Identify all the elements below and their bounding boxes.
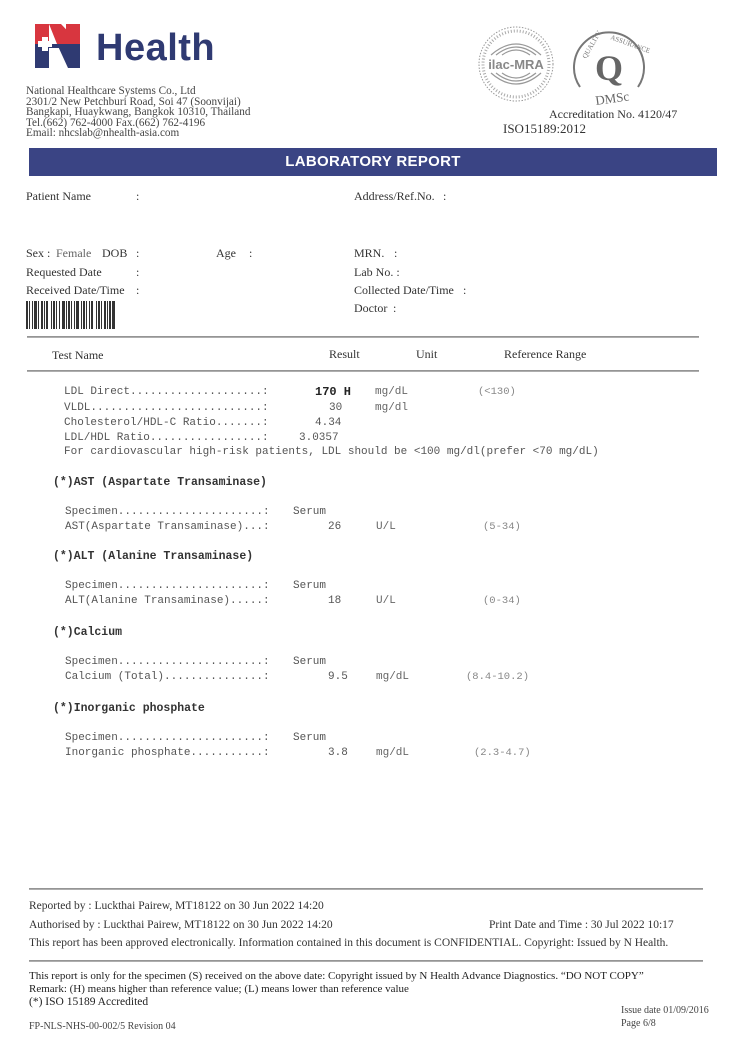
company-name: National Healthcare Systems Co., Ltd — [26, 86, 250, 97]
section-title: (*)Calcium — [53, 626, 122, 639]
iso-accredited-note: (*) ISO 15189 Accredited — [29, 996, 148, 1008]
accreditation-number: Accreditation No. 4120/47 — [549, 107, 677, 122]
doctor-label: Doctor — [354, 301, 387, 316]
dob-label: DOB — [102, 246, 127, 261]
test-result: 26 — [328, 521, 341, 534]
test-unit: U/L — [376, 595, 396, 607]
received-date-label: Received Date/Time — [26, 283, 125, 298]
test-name: Inorganic phosphate...........: — [65, 747, 270, 760]
test-name: ALT(Alanine Transaminase).....: — [65, 595, 270, 608]
section-title: (*)AST (Aspartate Transaminase) — [53, 476, 267, 489]
test-reference-range: (0-34) — [483, 595, 521, 607]
lipid-test-name: VLDL..........................: — [64, 402, 269, 415]
patient-name-label: Patient Name — [26, 189, 91, 204]
test-result: 9.5 — [328, 671, 348, 684]
lab-no-label: Lab No. : — [354, 265, 400, 280]
col-result: Result — [329, 347, 360, 362]
age-label: Age — [216, 246, 236, 261]
barcode — [26, 301, 159, 329]
divider-header — [27, 370, 699, 372]
lipid-result: 3.0357 — [299, 432, 339, 445]
divider-footer — [29, 888, 703, 890]
test-unit: mg/dL — [376, 747, 409, 759]
mrn-colon: : — [394, 246, 397, 261]
lipid-test-name: Cholesterol/HDL-C Ratio.......: — [64, 417, 269, 430]
brand-name: Health — [96, 26, 215, 70]
ilac-mra-seal-icon: ilac-MRA — [477, 25, 555, 103]
lipid-test-name: LDL Direct....................: — [64, 386, 269, 399]
lipid-test-name: LDL/HDL Ratio.................: — [64, 432, 269, 445]
specimen-label: Specimen......................: — [65, 580, 270, 593]
print-date: Print Date and Time : 30 Jul 2022 10:17 — [489, 919, 674, 931]
collected-date-colon: : — [463, 283, 466, 298]
specimen-notice: This report is only for the specimen (S)… — [29, 970, 644, 982]
approval-notice: This report has been approved electronic… — [29, 937, 668, 949]
test-reference-range: (8.4-10.2) — [466, 671, 529, 683]
form-code: FP-NLS-NHS-00-002/5 Revision 04 — [29, 1021, 176, 1032]
dob-colon: : — [136, 246, 139, 261]
doctor-colon: : — [393, 301, 396, 316]
requested-date-colon: : — [136, 265, 139, 280]
address-label: Address/Ref.No. — [354, 189, 435, 204]
page-number: Page 6/8 — [621, 1018, 656, 1029]
test-result: 3.8 — [328, 747, 348, 760]
specimen-value: Serum — [293, 506, 326, 519]
company-address: National Healthcare Systems Co., Ltd 230… — [26, 86, 250, 139]
specimen-value: Serum — [293, 656, 326, 669]
company-email: Email: nhcslab@nhealth-asia.com — [26, 128, 250, 139]
remark: Remark: (H) means higher than reference … — [29, 983, 409, 995]
col-test-name: Test Name — [52, 348, 103, 363]
lipid-note: For cardiovascular high-risk patients, L… — [64, 446, 599, 459]
col-unit: Unit — [416, 347, 437, 362]
address-colon: : — [443, 189, 446, 204]
report-title-bar: LABORATORY REPORT — [29, 148, 717, 176]
test-unit: U/L — [376, 521, 396, 533]
issue-date: Issue date 01/09/2016 — [621, 1005, 709, 1016]
sex-label: Sex : — [26, 246, 50, 261]
specimen-value: Serum — [293, 580, 326, 593]
patient-name-colon: : — [136, 189, 139, 204]
svg-text:Q: Q — [595, 48, 623, 88]
section-title: (*)ALT (Alanine Transaminase) — [53, 550, 253, 563]
test-result: 18 — [328, 595, 341, 608]
lipid-unit: mg/dL — [375, 386, 408, 398]
test-reference-range: (2.3-4.7) — [474, 747, 531, 759]
received-date-colon: : — [136, 283, 139, 298]
sex-value: Female — [56, 246, 91, 261]
specimen-label: Specimen......................: — [65, 732, 270, 745]
divider-top — [27, 336, 699, 338]
authorised-by: Authorised by : Luckthai Pairew, MT18122… — [29, 919, 333, 931]
divider-bottom — [29, 960, 703, 962]
age-colon: : — [249, 246, 252, 261]
test-name: AST(Aspartate Transaminase)...: — [65, 521, 270, 534]
lipid-unit: mg/dl — [375, 402, 408, 414]
svg-text:ilac-MRA: ilac-MRA — [488, 57, 544, 72]
test-unit: mg/dL — [376, 671, 409, 683]
lipid-result: 30 — [329, 402, 342, 415]
n-health-logo-mark — [35, 24, 80, 68]
report-title: LABORATORY REPORT — [29, 148, 717, 176]
col-reference-range: Reference Range — [504, 347, 586, 362]
svg-text:DMSc: DMSc — [594, 88, 630, 108]
lipid-result-flagged: 170 H — [315, 386, 351, 399]
specimen-label: Specimen......................: — [65, 656, 270, 669]
mrn-label: MRN. — [354, 246, 384, 261]
section-title: (*)Inorganic phosphate — [53, 702, 205, 715]
specimen-value: Serum — [293, 732, 326, 745]
lipid-reference-range: (<130) — [478, 386, 516, 398]
iso-standard: ISO15189:2012 — [503, 121, 586, 137]
reported-by: Reported by : Luckthai Pairew, MT18122 o… — [29, 900, 324, 912]
lipid-result: 4.34 — [315, 417, 341, 430]
specimen-label: Specimen......................: — [65, 506, 270, 519]
test-reference-range: (5-34) — [483, 521, 521, 533]
company-city: Bangkapi, Huaykwang, Bangkok 10310, Thai… — [26, 107, 250, 118]
test-name: Calcium (Total)...............: — [65, 671, 270, 684]
requested-date-label: Requested Date — [26, 265, 102, 280]
collected-date-label: Collected Date/Time — [354, 283, 454, 298]
dmsc-quality-assurance-seal-icon: Q QUALITY ASSURANCE DMSc — [566, 25, 652, 111]
